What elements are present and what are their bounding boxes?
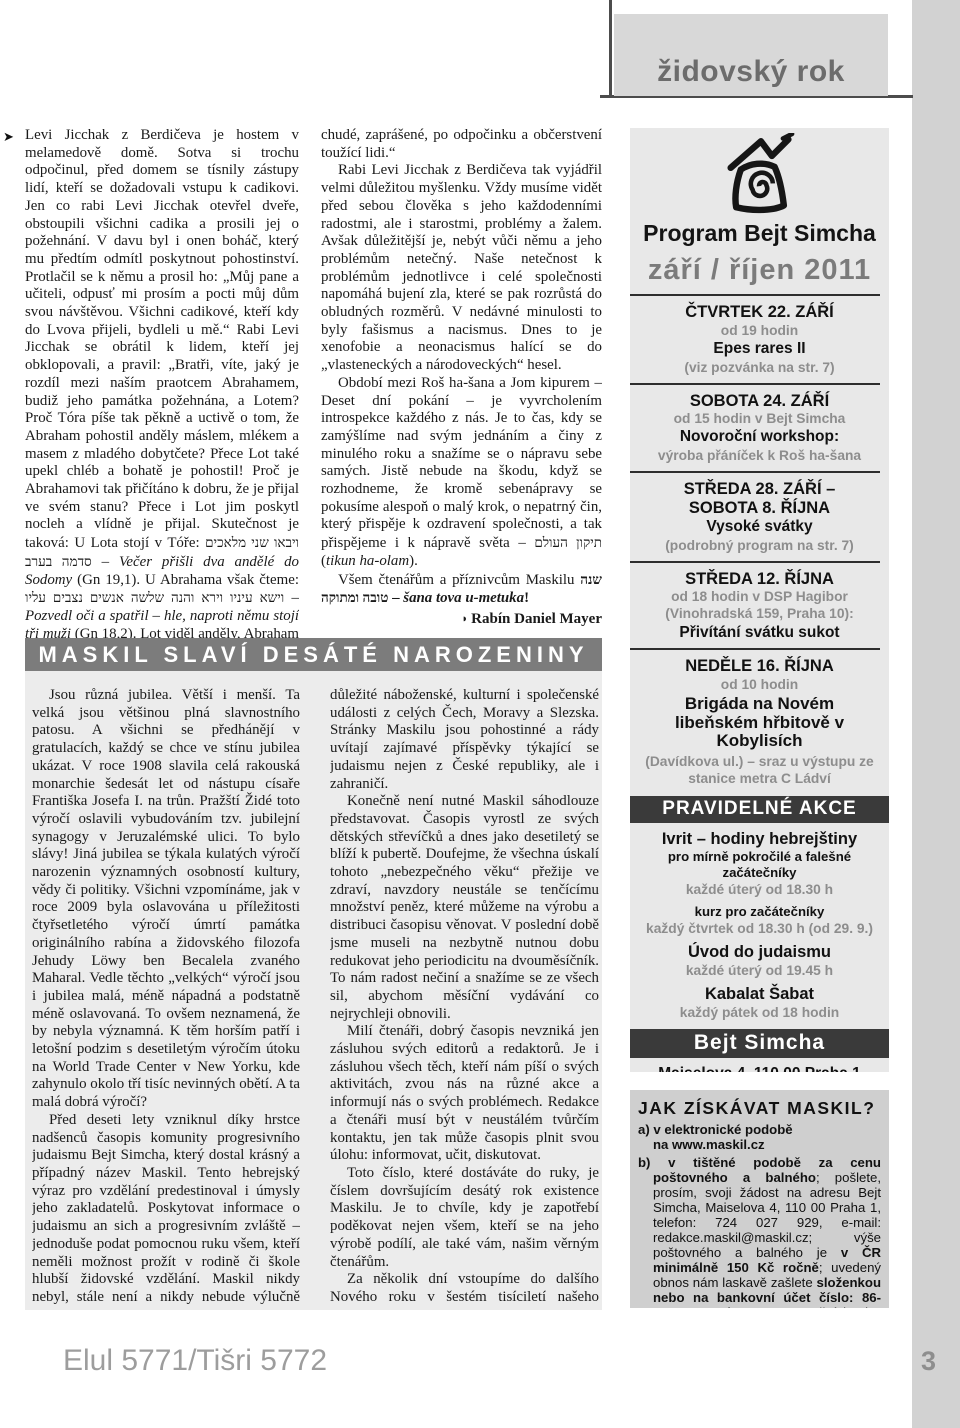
- regular-event-time: každé úterý od 19.45 h: [630, 962, 889, 979]
- event-name: Brigáda na Novém libeňském hřbitově v Ko…: [644, 695, 875, 751]
- text-run: na www.maskil.cz: [653, 1137, 765, 1152]
- event-place: (Vinohradská 159, Praha 10):: [630, 605, 889, 622]
- header-vertical-rule: [609, 0, 612, 97]
- hebrew-quote: תיקון העולם: [534, 535, 602, 550]
- section-title: židovský rok: [657, 55, 845, 89]
- text-run: –: [388, 590, 403, 606]
- event-date: ČTVRTEK 22. ZÁŘÍ: [630, 303, 889, 321]
- paragraph: chudé, zaprášené, po odpočinku a občerst…: [321, 127, 602, 162]
- regular-event-name: Úvod do judaismu: [630, 943, 889, 962]
- pointer-icon: ◗: [462, 613, 472, 625]
- event-time: od 19 hodin: [630, 322, 889, 339]
- text-run: v elektronické podobě: [653, 1122, 792, 1137]
- paragraph: důležité náboženské, kulturní i společen…: [330, 687, 599, 793]
- section-header: židovský rok: [614, 14, 888, 96]
- divider: [630, 383, 880, 385]
- text-run: ).: [409, 553, 418, 569]
- regular-event-sub: pro mírně pokročilé a falešné začátečník…: [630, 849, 889, 881]
- subscription-title: JAK ZÍSKÁVAT MASKIL?: [638, 1098, 881, 1119]
- program-title: Program Bejt Simcha: [630, 221, 889, 245]
- article-bottom-title-banner: MASKIL SLAVÍ DESÁTÉ NAROZENINY: [25, 638, 602, 671]
- translation-italic: tikun ha-olam: [326, 553, 409, 569]
- event-time: od 15 hodin v Bejt Simcha: [630, 410, 889, 427]
- regular-event-name: Ivrit – hodiny hebrejštiny: [630, 830, 889, 849]
- paragraph: Levi Jicchak z Berdičeva je hostem v mel…: [25, 127, 299, 643]
- translation-italic: šana tova u-metuka: [403, 590, 524, 606]
- organization-banner: Bejt Simcha: [630, 1029, 889, 1058]
- page-edge-strip: [912, 0, 960, 1428]
- option-label: b): [638, 1155, 668, 1170]
- event-name: Epes rares II: [630, 340, 889, 358]
- text-run: Všem čtenářům a příznivcům Maskilu: [338, 572, 580, 588]
- text-run: Levi Jicchak z Berdičeva je hostem v mel…: [25, 127, 299, 551]
- regular-event-time: každý pátek od 18 hodin: [630, 1004, 889, 1021]
- regular-event: Kabalat Šabat každý pátek od 18 hodin: [630, 985, 889, 1021]
- event-date: SOBOTA 24. ZÁŘÍ: [630, 392, 889, 410]
- paragraph: Před deseti lety vzniknul díky hrstce na…: [32, 1112, 300, 1307]
- event-date: NEDĚLE 16. ŘÍJNA: [630, 657, 889, 675]
- divider: [630, 561, 880, 563]
- event-note: výroba přáníček k Roš ha-šana: [630, 447, 889, 464]
- bejt-simcha-logo-icon: [630, 133, 889, 221]
- paragraph: Všem čtenářům a příznivcům Maskilu שנה ט…: [321, 571, 602, 608]
- subscription-option-b: b) v tištěné podobě za cenu poštovného a…: [638, 1155, 881, 1308]
- event-note: (podrobný program na str. 7): [630, 537, 889, 554]
- regular-event-time: každý čtvrtek od 18.30 h (od 29. 9.): [630, 920, 889, 937]
- paragraph: Milí čtenáři, dobrý časopis nevzniká jen…: [330, 1023, 599, 1165]
- paragraph: Rabi Levi Jicchak z Berdičeva tak vyjádř…: [321, 162, 602, 374]
- option-label: a): [638, 1122, 653, 1137]
- divider: [630, 294, 880, 296]
- event: SOBOTA 24. ZÁŘÍ od 15 hodin v Bejt Simch…: [630, 392, 889, 464]
- event: STŘEDA 12. ŘÍJNA od 18 hodin v DSP Hagib…: [630, 570, 889, 641]
- paragraph: Za několik dní vstoupíme do dalšího Nové…: [330, 1271, 599, 1307]
- regular-event-name: kurz pro začátečníky: [630, 904, 889, 920]
- event-date: STŘEDA 28. ZÁŘÍ –: [630, 480, 889, 498]
- event: ČTVRTEK 22. ZÁŘÍ od 19 hodin Epes rares …: [630, 303, 889, 375]
- regular-event: kurz pro začátečníky každý čtvrtek od 18…: [630, 904, 889, 937]
- text-run: Období mezi Roš ha-šana a Jom kipurem – …: [321, 375, 602, 551]
- magazine-page: židovský rok ➤ Levi Jicchak z Berdičeva …: [0, 0, 960, 1428]
- program-period: září / říjen 2011: [630, 254, 889, 287]
- paragraph: Konečně není nutné Maskil sáhodlouze pře…: [330, 793, 599, 1023]
- text-run: –: [92, 554, 119, 570]
- paragraph: Jsou různá jubilea. Větší i menší. Ta ve…: [32, 687, 300, 1112]
- event-name: Vysoké svátky: [630, 518, 889, 536]
- divider: [630, 648, 880, 650]
- text-run: !: [524, 590, 529, 606]
- subscription-option-a: a) v elektronické podoběna www.maskil.cz: [638, 1122, 881, 1152]
- article-bottom-column-1: Jsou různá jubilea. Větší i menší. Ta ve…: [32, 687, 300, 1307]
- article-top-column-1: Levi Jicchak z Berdičeva je hostem v mel…: [25, 127, 299, 643]
- regular-event-time: každé úterý od 18.30 h: [630, 881, 889, 898]
- issue-label: Elul 5771/Tišri 5772: [63, 1344, 327, 1378]
- article-bottom-title: MASKIL SLAVÍ DESÁTÉ NAROZENINY: [38, 642, 588, 668]
- regular-events-banner: PRAVIDELNÉ AKCE: [630, 796, 889, 823]
- continuation-arrow-icon: ➤: [3, 129, 14, 145]
- event: STŘEDA 28. ZÁŘÍ – SOBOTA 8. ŘÍJNA Vysoké…: [630, 480, 889, 554]
- author-signature: ◗Rabín Daniel Mayer: [321, 611, 602, 628]
- regular-event: Ivrit – hodiny hebrejštiny pro mírně pok…: [630, 830, 889, 898]
- event-date: SOBOTA 8. ŘÍJNA: [630, 499, 889, 517]
- event-note: (Davídkova ul.) – sraz u výstupu ze stan…: [630, 753, 889, 787]
- org-address-line: Maiselova 4, 110 00 Praha 1: [630, 1064, 889, 1072]
- article-bottom-column-2: důležité náboženské, kulturní i společen…: [330, 687, 599, 1307]
- divider: [630, 471, 880, 473]
- event: NEDĚLE 16. ŘÍJNA od 10 hodin Brigáda na …: [630, 657, 889, 787]
- event-time: od 18 hodin v DSP Hagibor: [630, 588, 889, 605]
- program-sidebar: Program Bejt Simcha září / říjen 2011 ČT…: [630, 128, 889, 1072]
- article-top-column-2: chudé, zaprášené, po odpočinku a občerst…: [321, 127, 602, 643]
- hebrew-quote: וישא עיניו וירא והנה שלשה אנשים נצבים על…: [25, 590, 284, 605]
- event-note: (viz pozvánka na str. 7): [630, 359, 889, 376]
- text-run: (Gn 19,1). U Abrahama však čteme:: [72, 572, 299, 588]
- paragraph: Toto číslo, které dostáváte do ruky, je …: [330, 1165, 599, 1271]
- event-name: Přivítání svátku sukot: [630, 624, 889, 642]
- event-name: Novoroční workshop:: [630, 428, 889, 446]
- regular-event-name: Kabalat Šabat: [630, 985, 889, 1004]
- event-time: od 10 hodin: [630, 676, 889, 693]
- article-bottom-panel: MASKIL SLAVÍ DESÁTÉ NAROZENINY Jsou různ…: [25, 638, 602, 1310]
- subscription-info-box: JAK ZÍSKÁVAT MASKIL? a) v elektronické p…: [630, 1090, 889, 1308]
- regular-event: Úvod do judaismu každé úterý od 19.45 h: [630, 943, 889, 979]
- text-run: –: [284, 590, 299, 606]
- event-date: STŘEDA 12. ŘÍJNA: [630, 570, 889, 588]
- paragraph: Období mezi Roš ha-šana a Jom kipurem – …: [321, 375, 602, 571]
- author-name: Rabín Daniel Mayer: [471, 611, 602, 627]
- page-number: 3: [921, 1346, 936, 1377]
